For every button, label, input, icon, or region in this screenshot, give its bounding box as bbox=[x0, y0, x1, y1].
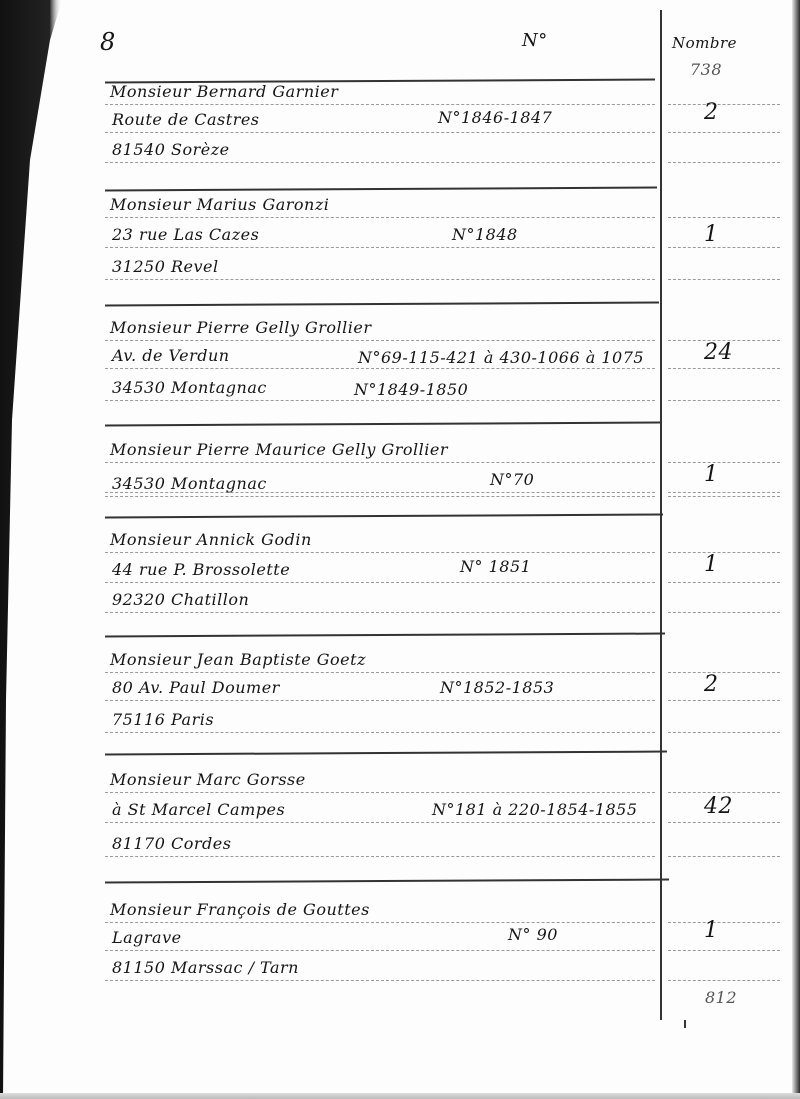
count-writing-line bbox=[668, 462, 780, 463]
running-total-count: 812 bbox=[705, 988, 737, 1007]
writing-line bbox=[105, 247, 655, 248]
entry-address: à St Marcel Campes bbox=[112, 800, 285, 819]
entry-address: Route de Castres bbox=[112, 110, 260, 129]
entry-city: 92320 Chatillon bbox=[112, 590, 249, 609]
writing-line bbox=[105, 672, 655, 673]
entry-name: Monsieur Marc Gorsse bbox=[110, 770, 306, 789]
scan-right-edge bbox=[792, 0, 800, 1099]
writing-line bbox=[105, 980, 655, 981]
writing-line bbox=[105, 856, 655, 857]
count-writing-line bbox=[668, 856, 780, 857]
scan-bottom-edge bbox=[0, 1093, 800, 1099]
entry-separator bbox=[105, 751, 667, 756]
entry-reference-numbers: N°181 à 220-1854-1855 bbox=[432, 800, 638, 819]
entry-name: Monsieur Bernard Garnier bbox=[110, 82, 338, 101]
entry-count: 1 bbox=[704, 552, 719, 577]
entry-reference-numbers: N°1846-1847 bbox=[438, 108, 552, 127]
writing-line bbox=[105, 732, 655, 733]
count-writing-line bbox=[668, 700, 780, 701]
count-writing-line bbox=[668, 822, 780, 823]
entry-count: 1 bbox=[704, 222, 719, 247]
count-writing-line bbox=[668, 922, 780, 923]
count-writing-line bbox=[668, 672, 780, 673]
column-header-number: N° bbox=[522, 30, 548, 51]
count-writing-line bbox=[668, 732, 780, 733]
writing-line bbox=[105, 552, 655, 553]
entry-address: Lagrave bbox=[112, 928, 182, 947]
count-writing-line bbox=[668, 980, 780, 981]
count-writing-line bbox=[668, 247, 780, 248]
entry-city: 81170 Cordes bbox=[112, 834, 231, 853]
entry-city: 81540 Sorèze bbox=[112, 140, 230, 159]
count-writing-line bbox=[668, 279, 780, 280]
writing-line bbox=[105, 496, 655, 497]
writing-line bbox=[105, 462, 655, 463]
writing-line bbox=[105, 400, 655, 401]
entry-count: 2 bbox=[704, 100, 719, 125]
count-writing-line bbox=[668, 552, 780, 553]
entry-name: Monsieur Annick Godin bbox=[110, 530, 312, 549]
entry-address: 23 rue Las Cazes bbox=[112, 225, 259, 244]
entry-separator bbox=[105, 302, 659, 307]
entry-separator bbox=[105, 879, 669, 884]
carried-forward-count: 738 bbox=[690, 60, 722, 79]
count-writing-line bbox=[668, 612, 780, 613]
writing-line bbox=[105, 950, 655, 951]
entry-city: 34530 Montagnac bbox=[112, 474, 267, 493]
entry-count: 24 bbox=[704, 340, 733, 365]
entry-count: 1 bbox=[704, 462, 719, 487]
entry-reference-numbers: N° 90 bbox=[508, 925, 558, 944]
count-writing-line bbox=[668, 582, 780, 583]
writing-line bbox=[105, 700, 655, 701]
entry-reference-numbers: N°1849-1850 bbox=[354, 380, 468, 399]
entry-count: 1 bbox=[704, 918, 719, 943]
entry-city: 34530 Montagnac bbox=[112, 378, 267, 397]
entry-reference-numbers: N°69-115-421 à 430-1066 à 1075 bbox=[358, 348, 644, 367]
writing-line bbox=[105, 368, 655, 369]
divider-tick bbox=[684, 1020, 686, 1028]
writing-line bbox=[105, 340, 655, 341]
count-writing-line bbox=[668, 132, 780, 133]
count-writing-line bbox=[668, 492, 780, 493]
count-writing-line bbox=[668, 162, 780, 163]
entry-address: Av. de Verdun bbox=[112, 346, 230, 365]
entry-city: 81150 Marssac / Tarn bbox=[112, 958, 299, 977]
entry-address: 44 rue P. Brossolette bbox=[112, 560, 290, 579]
column-header-count: Nombre bbox=[672, 34, 737, 52]
count-writing-line bbox=[668, 792, 780, 793]
writing-line bbox=[105, 612, 655, 613]
entry-city: 31250 Revel bbox=[112, 257, 219, 276]
entry-count: 42 bbox=[704, 794, 733, 819]
entry-name: Monsieur Marius Garonzi bbox=[110, 195, 329, 214]
count-writing-line bbox=[668, 496, 780, 497]
count-writing-line bbox=[668, 217, 780, 218]
entry-separator bbox=[105, 514, 663, 519]
entry-separator bbox=[105, 633, 665, 638]
entry-reference-numbers: N°1852-1853 bbox=[440, 678, 554, 697]
writing-line bbox=[105, 132, 655, 133]
entry-name: Monsieur Jean Baptiste Goetz bbox=[110, 650, 366, 669]
count-writing-line bbox=[668, 950, 780, 951]
writing-line bbox=[105, 104, 655, 105]
entry-name: Monsieur Pierre Maurice Gelly Grollier bbox=[110, 440, 448, 459]
entry-reference-numbers: N° 1851 bbox=[460, 557, 531, 576]
entry-city: 75116 Paris bbox=[112, 710, 214, 729]
writing-line bbox=[105, 582, 655, 583]
count-writing-line bbox=[668, 368, 780, 369]
entry-count: 2 bbox=[704, 672, 719, 697]
count-writing-line bbox=[668, 400, 780, 401]
entry-separator bbox=[105, 187, 657, 192]
page-number: 8 bbox=[100, 28, 116, 56]
entry-name: Monsieur François de Gouttes bbox=[110, 900, 370, 919]
writing-line bbox=[105, 792, 655, 793]
writing-line bbox=[105, 217, 655, 218]
writing-line bbox=[105, 279, 655, 280]
entry-reference-numbers: N°70 bbox=[490, 470, 534, 489]
entry-separator bbox=[105, 422, 661, 427]
writing-line bbox=[105, 162, 655, 163]
writing-line bbox=[105, 922, 655, 923]
entry-name: Monsieur Pierre Gelly Grollier bbox=[110, 318, 372, 337]
writing-line bbox=[105, 822, 655, 823]
entry-reference-numbers: N°1848 bbox=[452, 225, 518, 244]
entry-address: 80 Av. Paul Doumer bbox=[112, 678, 280, 697]
count-writing-line bbox=[668, 104, 780, 105]
